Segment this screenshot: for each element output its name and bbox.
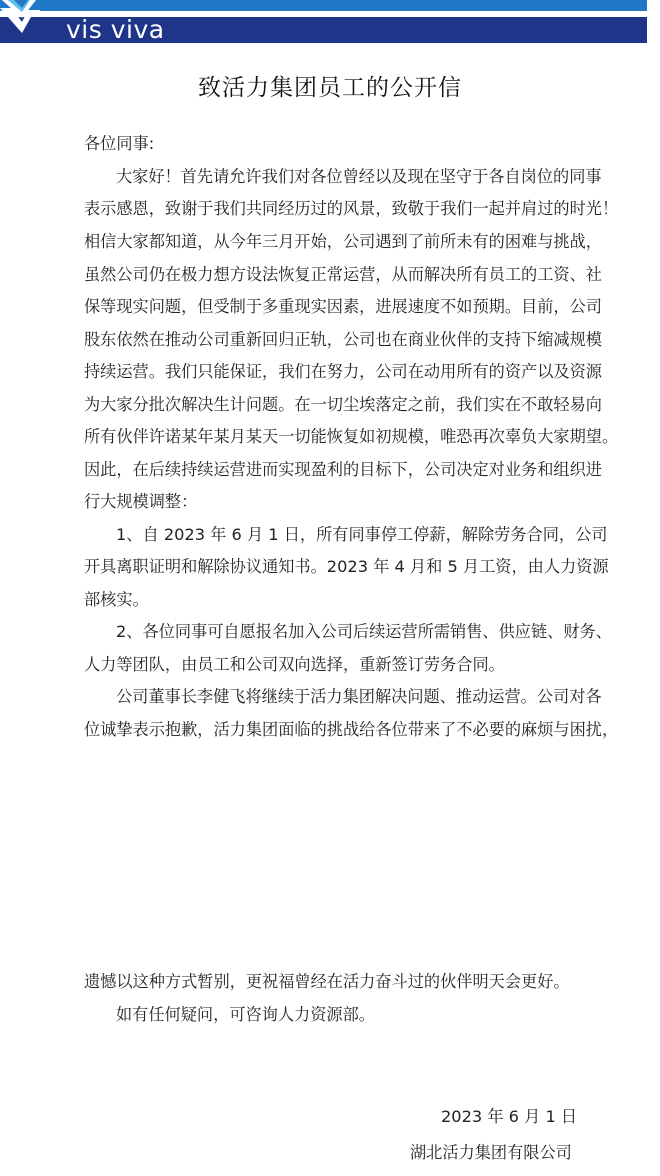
letter-line: 相信大家都知道，从今年三月开始，公司遇到了前所未有的困难与挑战， — [84, 231, 602, 253]
letter-line: 公司董事长李健飞将继续于活力集团解决问题、推动运营。公司对各 — [116, 686, 602, 708]
letter-line: 所有伙伴许诺某年某月某天一切能恢复如初规模，唯恐再次辜负大家期望。 — [84, 426, 618, 448]
letter-signature: 湖北活力集团有限公司 — [410, 1142, 572, 1164]
brand-name: vis viva — [66, 16, 165, 44]
letter-line: 虽然公司仍在极力想方设法恢复正常运营，从而解决所有员工的工资、社 — [84, 264, 602, 286]
letter-line: 如有任何疑问，可咨询人力资源部。 — [116, 1004, 375, 1026]
letter-line: 大家好！首先请允许我们对各位曾经以及现在坚守于各自岗位的同事 — [116, 166, 602, 188]
letter-line: 开具离职证明和解除协议通知书。2023 年 4 月和 5 月工资，由人力资源 — [84, 556, 609, 578]
letter-line: 持续运营。我们只能保证，我们在努力，公司在动用所有的资产以及资源 — [84, 361, 602, 383]
letter-line: 位诚挚表示抱歉，活力集团面临的挑战给各位带来了不必要的麻烦与困扰， — [84, 719, 618, 741]
letterhead-top-band — [0, 0, 647, 11]
letter-line: 为大家分批次解决生计问题。在一切尘埃落定之前，我们实在不敢轻易向 — [84, 394, 602, 416]
chevron-logo-icon — [0, 0, 40, 40]
salutation: 各位同事: — [84, 133, 154, 155]
letter-line: 保等现实问题，但受制于多重现实因素，进展速度不如预期。目前，公司 — [84, 296, 602, 318]
letter-date: 2023 年 6 月 1 日 — [441, 1106, 577, 1128]
letter-line: 行大规模调整： — [84, 491, 197, 513]
letter-line: 部核实。 — [84, 589, 149, 611]
letter-line: 2、各位同事可自愿报名加入公司后续运营所需销售、供应链、财务、 — [116, 621, 612, 643]
letter-line: 1、自 2023 年 6 月 1 日，所有同事停工停薪，解除劳务合同，公司 — [116, 524, 607, 546]
letterhead: vis viva — [0, 0, 660, 46]
letter-line: 股东依然在推动公司重新回归正轨，公司也在商业伙伴的支持下缩减规模 — [84, 329, 602, 351]
letter-line: 因此，在后续持续运营进而实现盈利的目标下，公司决定对业务和组织进 — [84, 459, 602, 481]
letter-line: 遗憾以这种方式暂别，更祝福曾经在活力奋斗过的伙伴明天会更好。 — [84, 971, 570, 993]
letter-line: 表示感恩，致谢于我们共同经历过的风景，致敬于我们一起并肩过的时光！ — [84, 198, 618, 220]
letter-title: 致活力集团员工的公开信 — [0, 73, 660, 103]
letter-line: 人力等团队，由员工和公司双向选择，重新签订劳务合同。 — [84, 654, 505, 676]
